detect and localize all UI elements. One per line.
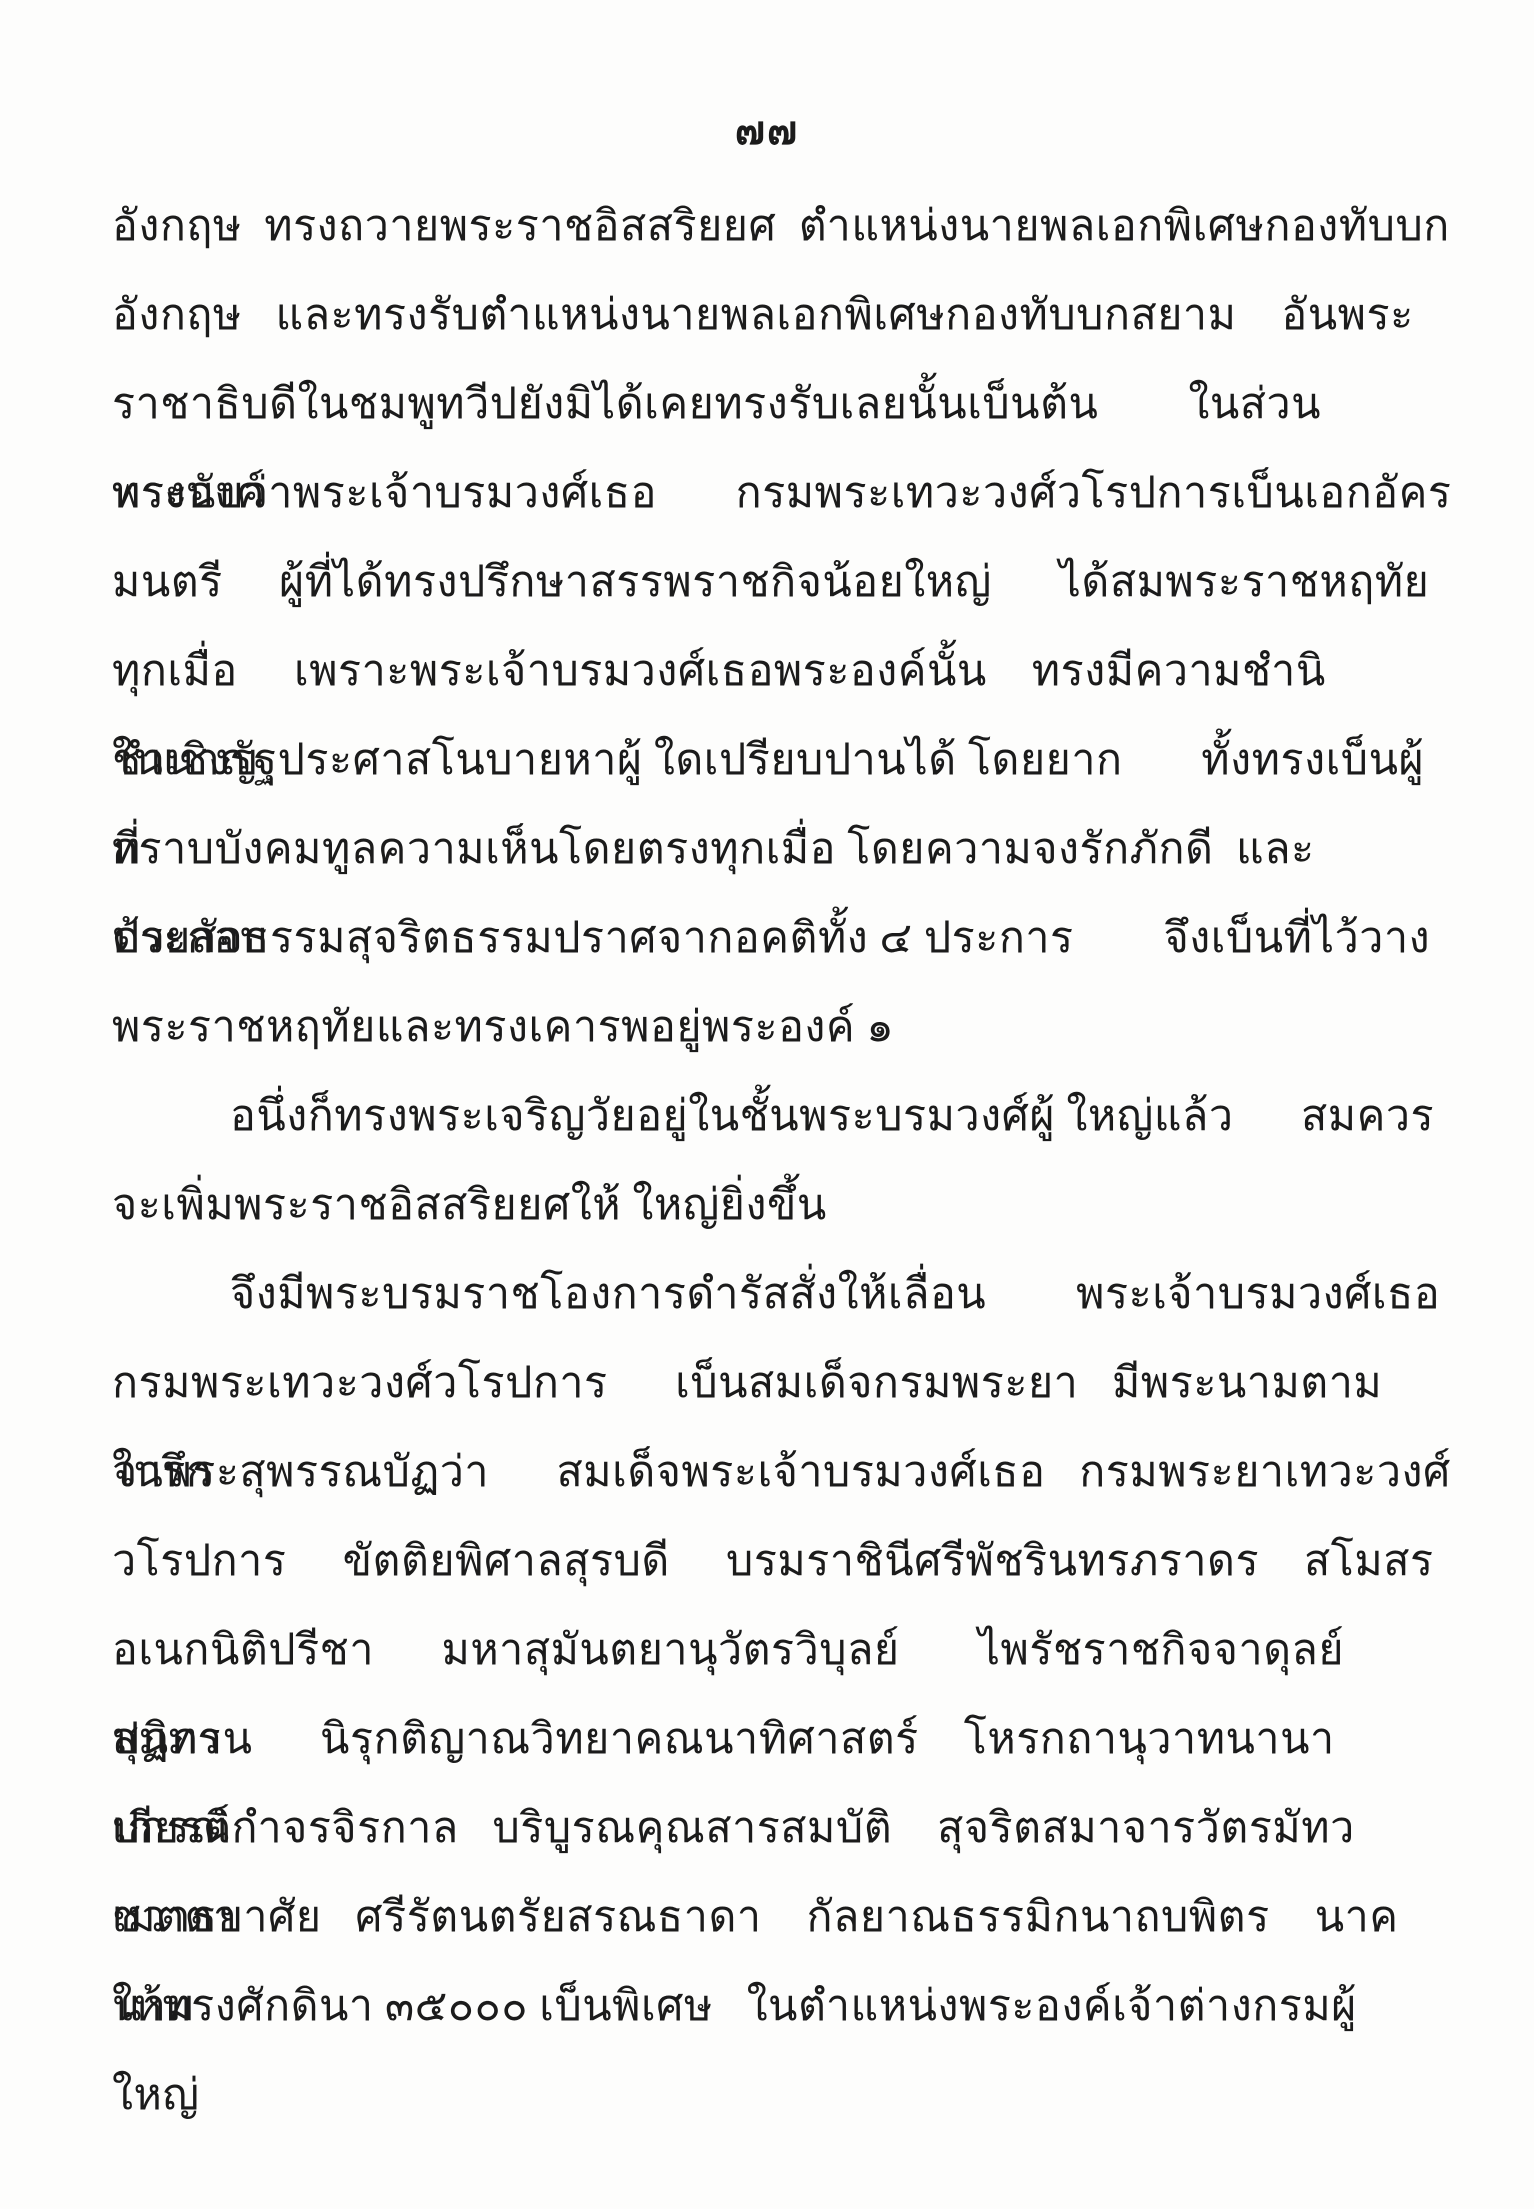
- text-line: ด้วยสัจธรรมสุจริตธรรมปราศจากอคติทั้ง ๔ ป…: [112, 894, 1452, 983]
- text-line: อนึ่งก็ทรงพระเจริญวัยอยู่ในชั้นพระบรมวงศ…: [112, 1072, 1452, 1161]
- text-line: เกียรติกำจรจิรกาล บริบูรณคุณสารสมบัติ สุ…: [112, 1784, 1452, 1873]
- document-body: อังกฤษ ทรงถวายพระราชอิสสริยยศ ตำแหน่งนาย…: [112, 182, 1452, 2051]
- text-line: อเนกนิติปรีชา มหาสุมันตยานุวัตรวิบุลย์ ไ…: [112, 1606, 1452, 1695]
- text-line: ทรงนับว่าพระเจ้าบรมวงศ์เธอ กรมพระเทวะวงศ…: [112, 449, 1452, 538]
- text-line: ปฏิภาน นิรุกติญาณวิทยาคณนาทิศาสตร์ โหรกถ…: [112, 1695, 1452, 1784]
- text-line: ชวาธยาศัย ศรีรัตนตรัยสรณธาดา กัลยาณธรรมิ…: [112, 1873, 1452, 1962]
- text-line: อังกฤษ ทรงถวายพระราชอิสสริยยศ ตำแหน่งนาย…: [112, 182, 1452, 271]
- text-line: วโรปการ ขัตติยพิศาลสุรบดี บรมราชินีศรีพั…: [112, 1517, 1452, 1606]
- text-line: มนตรี ผู้ที่ได้ทรงปรึกษาสรรพราชกิจน้อยให…: [112, 538, 1452, 627]
- text-line: จึงมีพระบรมราชโองการดำรัสสั่งให้เลื่อน พ…: [112, 1250, 1452, 1339]
- text-line: กราบบังคมทูลความเห็นโดยตรงทุกเมื่อ โดยคว…: [112, 805, 1452, 894]
- scanned-document-page: ๗๗ อังกฤษ ทรงถวายพระราชอิสสริยยศ ตำแหน่ง…: [0, 0, 1534, 2209]
- text-line: ในเชิงรัฐประศาสโนบายหาผู้ ใดเปรียบปานได้…: [112, 716, 1452, 805]
- text-line: ให้ทรงศักดินา ๓๕๐๐๐ เบ็นพิเศษ ในตำแหน่งพ…: [112, 1962, 1452, 2051]
- text-line: ในพระสุพรรณบัฏว่า สมเด็จพระเจ้าบรมวงศ์เธ…: [112, 1428, 1452, 1517]
- text-line: กรมพระเทวะวงศ์วโรปการ เบ็นสมเด็จกรมพระยา…: [112, 1339, 1452, 1428]
- text-line: ราชาธิบดีในชมพูทวีปยังมิได้เคยทรงรับเลยน…: [112, 360, 1452, 449]
- text-line: อังกฤษ และทรงรับตำแหน่งนายพลเอกพิเศษกองท…: [112, 271, 1452, 360]
- page-number: ๗๗: [102, 0, 1432, 162]
- text-line: ทุกเมื่อ เพราะพระเจ้าบรมวงศ์เธอพระองค์นั…: [112, 627, 1452, 716]
- text-line: จะเพิ่มพระราชอิสสริยยศให้ ใหญ่ยิ่งขึ้น: [112, 1161, 1452, 1250]
- text-line: พระราชหฤทัยและทรงเคารพอยู่พระองค์ ๑: [112, 983, 1452, 1072]
